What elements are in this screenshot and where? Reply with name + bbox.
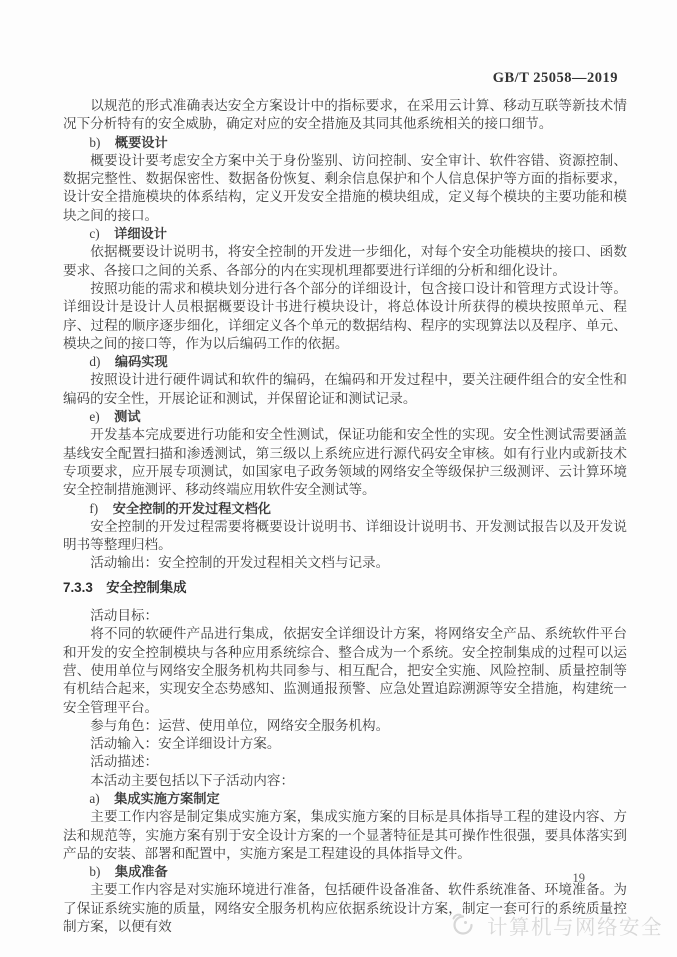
paragraph: 依据概要设计说明书，将安全控制的开发进一步细化，对每个安全功能模块的接口、函数要… — [63, 243, 627, 280]
list-item-letter: c) — [89, 226, 99, 241]
paragraph: 活动输出：安全控制的开发过程相关文档与记录。 — [63, 554, 627, 572]
paragraph: 活动描述： — [63, 753, 627, 771]
document-page: GB/T 25058—2019 以规范的形式准确表达安全方案设计中的指标要求，在… — [0, 0, 677, 957]
list-item-label: 集成准备 — [115, 864, 168, 879]
list-item-heading: b)集成准备 — [63, 863, 627, 881]
document-body: 以规范的形式准确表达安全方案设计中的指标要求，在采用云计算、移动互联等新技术情况… — [63, 97, 627, 936]
list-item-letter: b) — [89, 864, 100, 879]
list-item-label: 详细设计 — [114, 226, 167, 241]
section-heading: 7.3.3安全控制集成 — [63, 579, 627, 597]
list-item-heading: b)概要设计 — [63, 134, 627, 152]
list-item-letter: e) — [89, 409, 99, 424]
list-item-heading: f)安全控制的开发过程文档化 — [63, 500, 627, 518]
paragraph: 按照设计进行硬件调试和软件的编码，在编码和开发过程中，要关注硬件组合的安全性和编… — [63, 371, 627, 408]
watermark: 计算机与网络安全 — [450, 910, 663, 940]
paragraph: 活动目标： — [63, 607, 627, 625]
paragraph: 安全控制的开发过程需要将概要设计说明书、详细设计说明书、开发测试报告以及开发说明… — [63, 518, 627, 555]
list-item-label: 概要设计 — [115, 135, 168, 150]
page-number: 19 — [573, 871, 586, 886]
standard-code-header: GB/T 25058—2019 — [493, 70, 618, 87]
list-item-letter: b) — [89, 135, 100, 150]
list-item-heading: c)详细设计 — [63, 225, 627, 243]
paragraph: 概要设计要考虑安全方案中关于身份鉴别、访问控制、安全审计、软件容错、资源控制、数… — [63, 152, 627, 225]
list-item-heading: d)编码实现 — [63, 353, 627, 371]
list-item-label: 编码实现 — [115, 354, 168, 369]
list-item-letter: f) — [89, 501, 98, 516]
list-item-label: 集成实施方案制定 — [114, 791, 220, 806]
paragraph: 参与角色：运营、使用单位，网络安全服务机构。 — [63, 717, 627, 735]
paragraph: 按照功能的需求和模块划分进行各个部分的详细设计，包含接口设计和管理方式设计等。详… — [63, 280, 627, 353]
list-item-letter: a) — [89, 791, 99, 806]
paragraph: 以规范的形式准确表达安全方案设计中的指标要求，在采用云计算、移动互联等新技术情况… — [63, 97, 627, 134]
watermark-bird-logo-icon — [450, 912, 480, 939]
paragraph: 本活动主要包括以下子活动内容： — [63, 772, 627, 790]
list-item-label: 安全控制的开发过程文档化 — [113, 501, 271, 516]
list-item-heading: a)集成实施方案制定 — [63, 790, 627, 808]
watermark-text: 计算机与网络安全 — [487, 910, 663, 940]
paragraph: 主要工作内容是制定集成实施方案，集成实施方案的目标是具体指导工程的建设内容、方法… — [63, 808, 627, 863]
list-item-label: 测试 — [114, 409, 140, 424]
section-title: 安全控制集成 — [106, 580, 186, 595]
paragraph: 开发基本完成要进行功能和安全性测试，保证功能和安全性的实现。安全性测试需要涵盖基… — [63, 426, 627, 499]
section-number: 7.3.3 — [63, 580, 93, 595]
list-item-letter: d) — [89, 354, 100, 369]
list-item-heading: e)测试 — [63, 408, 627, 426]
paragraph: 活动输入：安全详细设计方案。 — [63, 735, 627, 753]
paragraph: 将不同的软硬件产品进行集成，依据安全详细设计方案，将网络安全产品、系统软件平台和… — [63, 625, 627, 716]
